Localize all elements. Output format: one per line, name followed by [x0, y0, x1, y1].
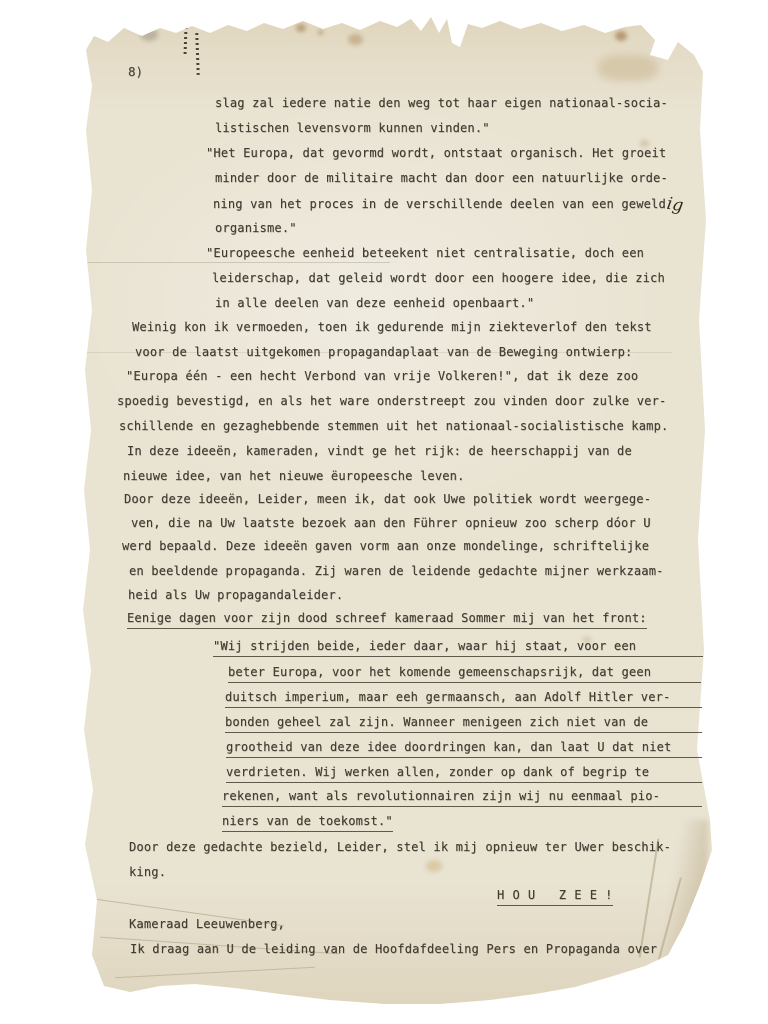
text-line: in alle deelen van deze eenheid openbaar… — [215, 296, 534, 311]
handwritten-correction: ig — [666, 197, 685, 214]
text-line: nieuwe idee, van het nieuwe ëuropeesche … — [123, 469, 465, 484]
text-line: In deze ideeën, kameraden, vindt ge het … — [127, 444, 632, 459]
text-line: Door deze gedachte bezield, Leider, stel… — [129, 840, 671, 855]
text-line: organisme." — [215, 221, 297, 236]
text-line: ning van het proces in de verschillende … — [213, 196, 684, 212]
text-line: "Europa één - een hecht Verbond van vrij… — [126, 369, 638, 384]
text-line: ven, die na Uw laatste bezoek aan den Fü… — [131, 516, 651, 531]
text-line: minder door de militaire macht dan door … — [215, 171, 668, 186]
text-line: heid als Uw propagandaleider. — [128, 588, 343, 603]
text-line: en beeldende propaganda. Zij waren de le… — [129, 564, 664, 579]
text-line: Eenige dagen voor zijn dood schreef kame… — [127, 611, 647, 629]
document-photo: 8) slag zal iedere natie den weg tot haa… — [0, 0, 768, 1024]
text-line: Kameraad Leeuwenberg, — [129, 917, 285, 932]
text-line: Door deze ideeën, Leider, meen ik, dat o… — [124, 492, 651, 507]
text-line: werd bepaald. Deze ideeën gaven vorm aan… — [122, 539, 649, 554]
text-line: "Wij strijden beide, ieder daar, waar hi… — [213, 639, 703, 657]
text-line: rekenen, want als revolutionnairen zijn … — [222, 789, 702, 807]
text-line: grootheid van deze idee doordringen kan,… — [226, 740, 702, 758]
text-line: Weinig kon ik vermoeden, toen ik geduren… — [132, 320, 652, 335]
text-line: bonden geheel zal zijn. Wanneer menigeen… — [225, 715, 702, 733]
text-line: schillende en gezaghebbende stemmen uit … — [119, 419, 668, 434]
text-line: beter Europa, voor het komende gemeensch… — [228, 665, 701, 683]
text-line: H O U Z E E ! — [497, 888, 613, 906]
text-line: leiderschap, dat geleid wordt door een h… — [212, 271, 665, 286]
text-line: duitsch imperium, maar eeh germaansch, a… — [225, 690, 702, 708]
text-line: "Europeesche eenheid beteekent niet cent… — [206, 246, 644, 261]
text-line: slag zal iedere natie den weg tot haar e… — [215, 96, 668, 111]
text-line: niers van de toekomst." — [222, 814, 393, 832]
text-line: listischen levensvorm kunnen vinden." — [215, 121, 490, 136]
text-line: voor de laatst uitgekomen propagandaplaa… — [135, 345, 632, 360]
typewritten-text: 8) slag zal iedere natie den weg tot haa… — [0, 0, 768, 1024]
page-number: 8) — [128, 64, 143, 79]
text-line: spoedig bevestigd, en als het ware onder… — [117, 394, 666, 409]
text-line: Ik draag aan U de leiding van de Hoofdaf… — [130, 942, 657, 957]
text-line: "Het Europa, dat gevormd wordt, ontstaat… — [206, 146, 666, 161]
text-line: king. — [129, 865, 166, 880]
text-line: verdrieten. Wij werken allen, zonder op … — [226, 765, 702, 783]
